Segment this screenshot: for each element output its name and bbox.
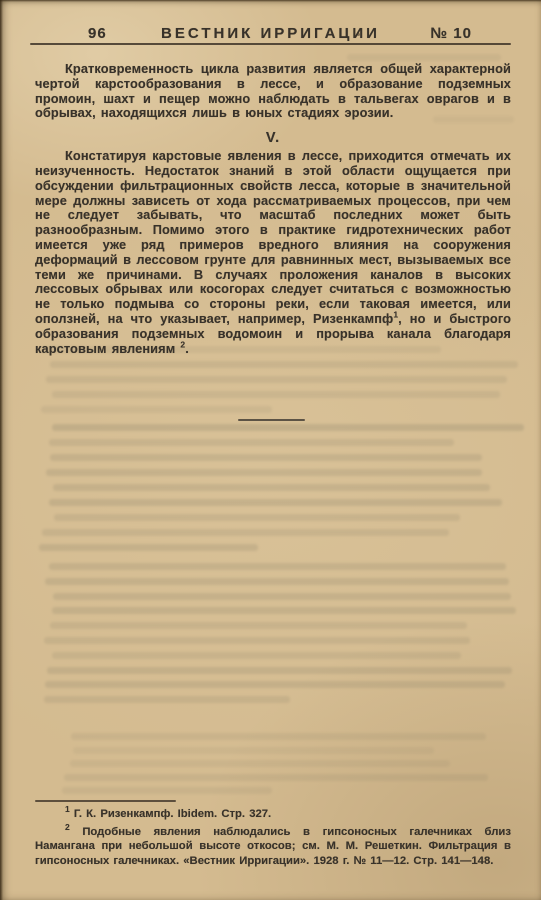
footnote-1: 1 Г. К. Ризенкампф. Ibidem. Стр. 327.	[35, 807, 511, 822]
header-rule	[30, 43, 511, 45]
section-heading: V.	[35, 130, 511, 146]
bleedthrough-text-line	[39, 544, 258, 551]
bleedthrough-text-line	[64, 774, 488, 781]
bleedthrough-text-line	[47, 667, 512, 674]
bleedthrough-text-line	[71, 733, 486, 740]
bleedthrough-text-line	[53, 593, 511, 600]
bleedthrough-text-line	[45, 681, 505, 688]
footnote-separator	[35, 800, 176, 802]
bleedthrough-text-line	[49, 499, 502, 506]
footnote-2-text: Подобные явления наблюдались в гипсоносн…	[35, 826, 511, 867]
footnote-1-text: Г. К. Ризенкампф. Ibidem. Стр. 327.	[74, 808, 271, 820]
bleedthrough-text-line	[62, 787, 272, 794]
paragraph-2: Констатируя карстовые явления в лессе, п…	[35, 149, 511, 356]
page-edge-top	[0, 0, 541, 2]
bleedthrough-text-line	[41, 406, 272, 413]
bleedthrough-text-line	[50, 361, 518, 368]
bleedthrough-text-line	[52, 391, 500, 398]
footnote-2-marker: 2	[65, 822, 70, 832]
bleedthrough-text-line	[54, 514, 460, 521]
bleedthrough-text-line	[50, 454, 482, 461]
bleedthrough-text-line	[44, 637, 470, 644]
bleedthrough-text-line	[46, 469, 482, 476]
article-body: Кратковременность цикла развития являетс…	[35, 62, 511, 356]
bleedthrough-text-line	[49, 563, 506, 570]
ink-speck	[357, 33, 360, 36]
bleedthrough-text-line	[42, 529, 449, 536]
bleedthrough-text-line	[73, 747, 434, 754]
section-divider	[238, 419, 305, 421]
paragraph-2-text: Констатируя карстовые явления в лессе, п…	[35, 148, 511, 326]
bleedthrough-text-line	[347, 54, 501, 61]
bleedthrough-text-line	[46, 376, 507, 383]
paragraph-2-end: .	[185, 341, 189, 356]
bleedthrough-text-line	[52, 424, 524, 431]
scanned-page: 96 ВЕСТНИК ИРРИГАЦИИ № 10 Кратковременно…	[0, 0, 541, 900]
footnotes-block: 1 Г. К. Ризенкампф. Ibidem. Стр. 327. 2 …	[35, 800, 511, 868]
bleedthrough-text-line	[52, 652, 461, 659]
bleedthrough-text-line	[45, 578, 509, 585]
bleedthrough-text-line	[49, 439, 454, 446]
issue-number: № 10	[430, 25, 472, 42]
bleedthrough-text-line	[70, 760, 450, 767]
bleedthrough-text-line	[52, 607, 516, 614]
page-edge-left	[0, 0, 3, 900]
bleedthrough-text-line	[44, 696, 290, 703]
bleedthrough-text-line	[50, 622, 467, 629]
bleedthrough-text-line	[53, 484, 490, 491]
paragraph-1: Кратковременность цикла развития являетс…	[35, 62, 511, 121]
footnote-2: 2 Подобные явления наблюдались в гипсоно…	[35, 825, 511, 869]
footnote-1-marker: 1	[65, 804, 70, 814]
